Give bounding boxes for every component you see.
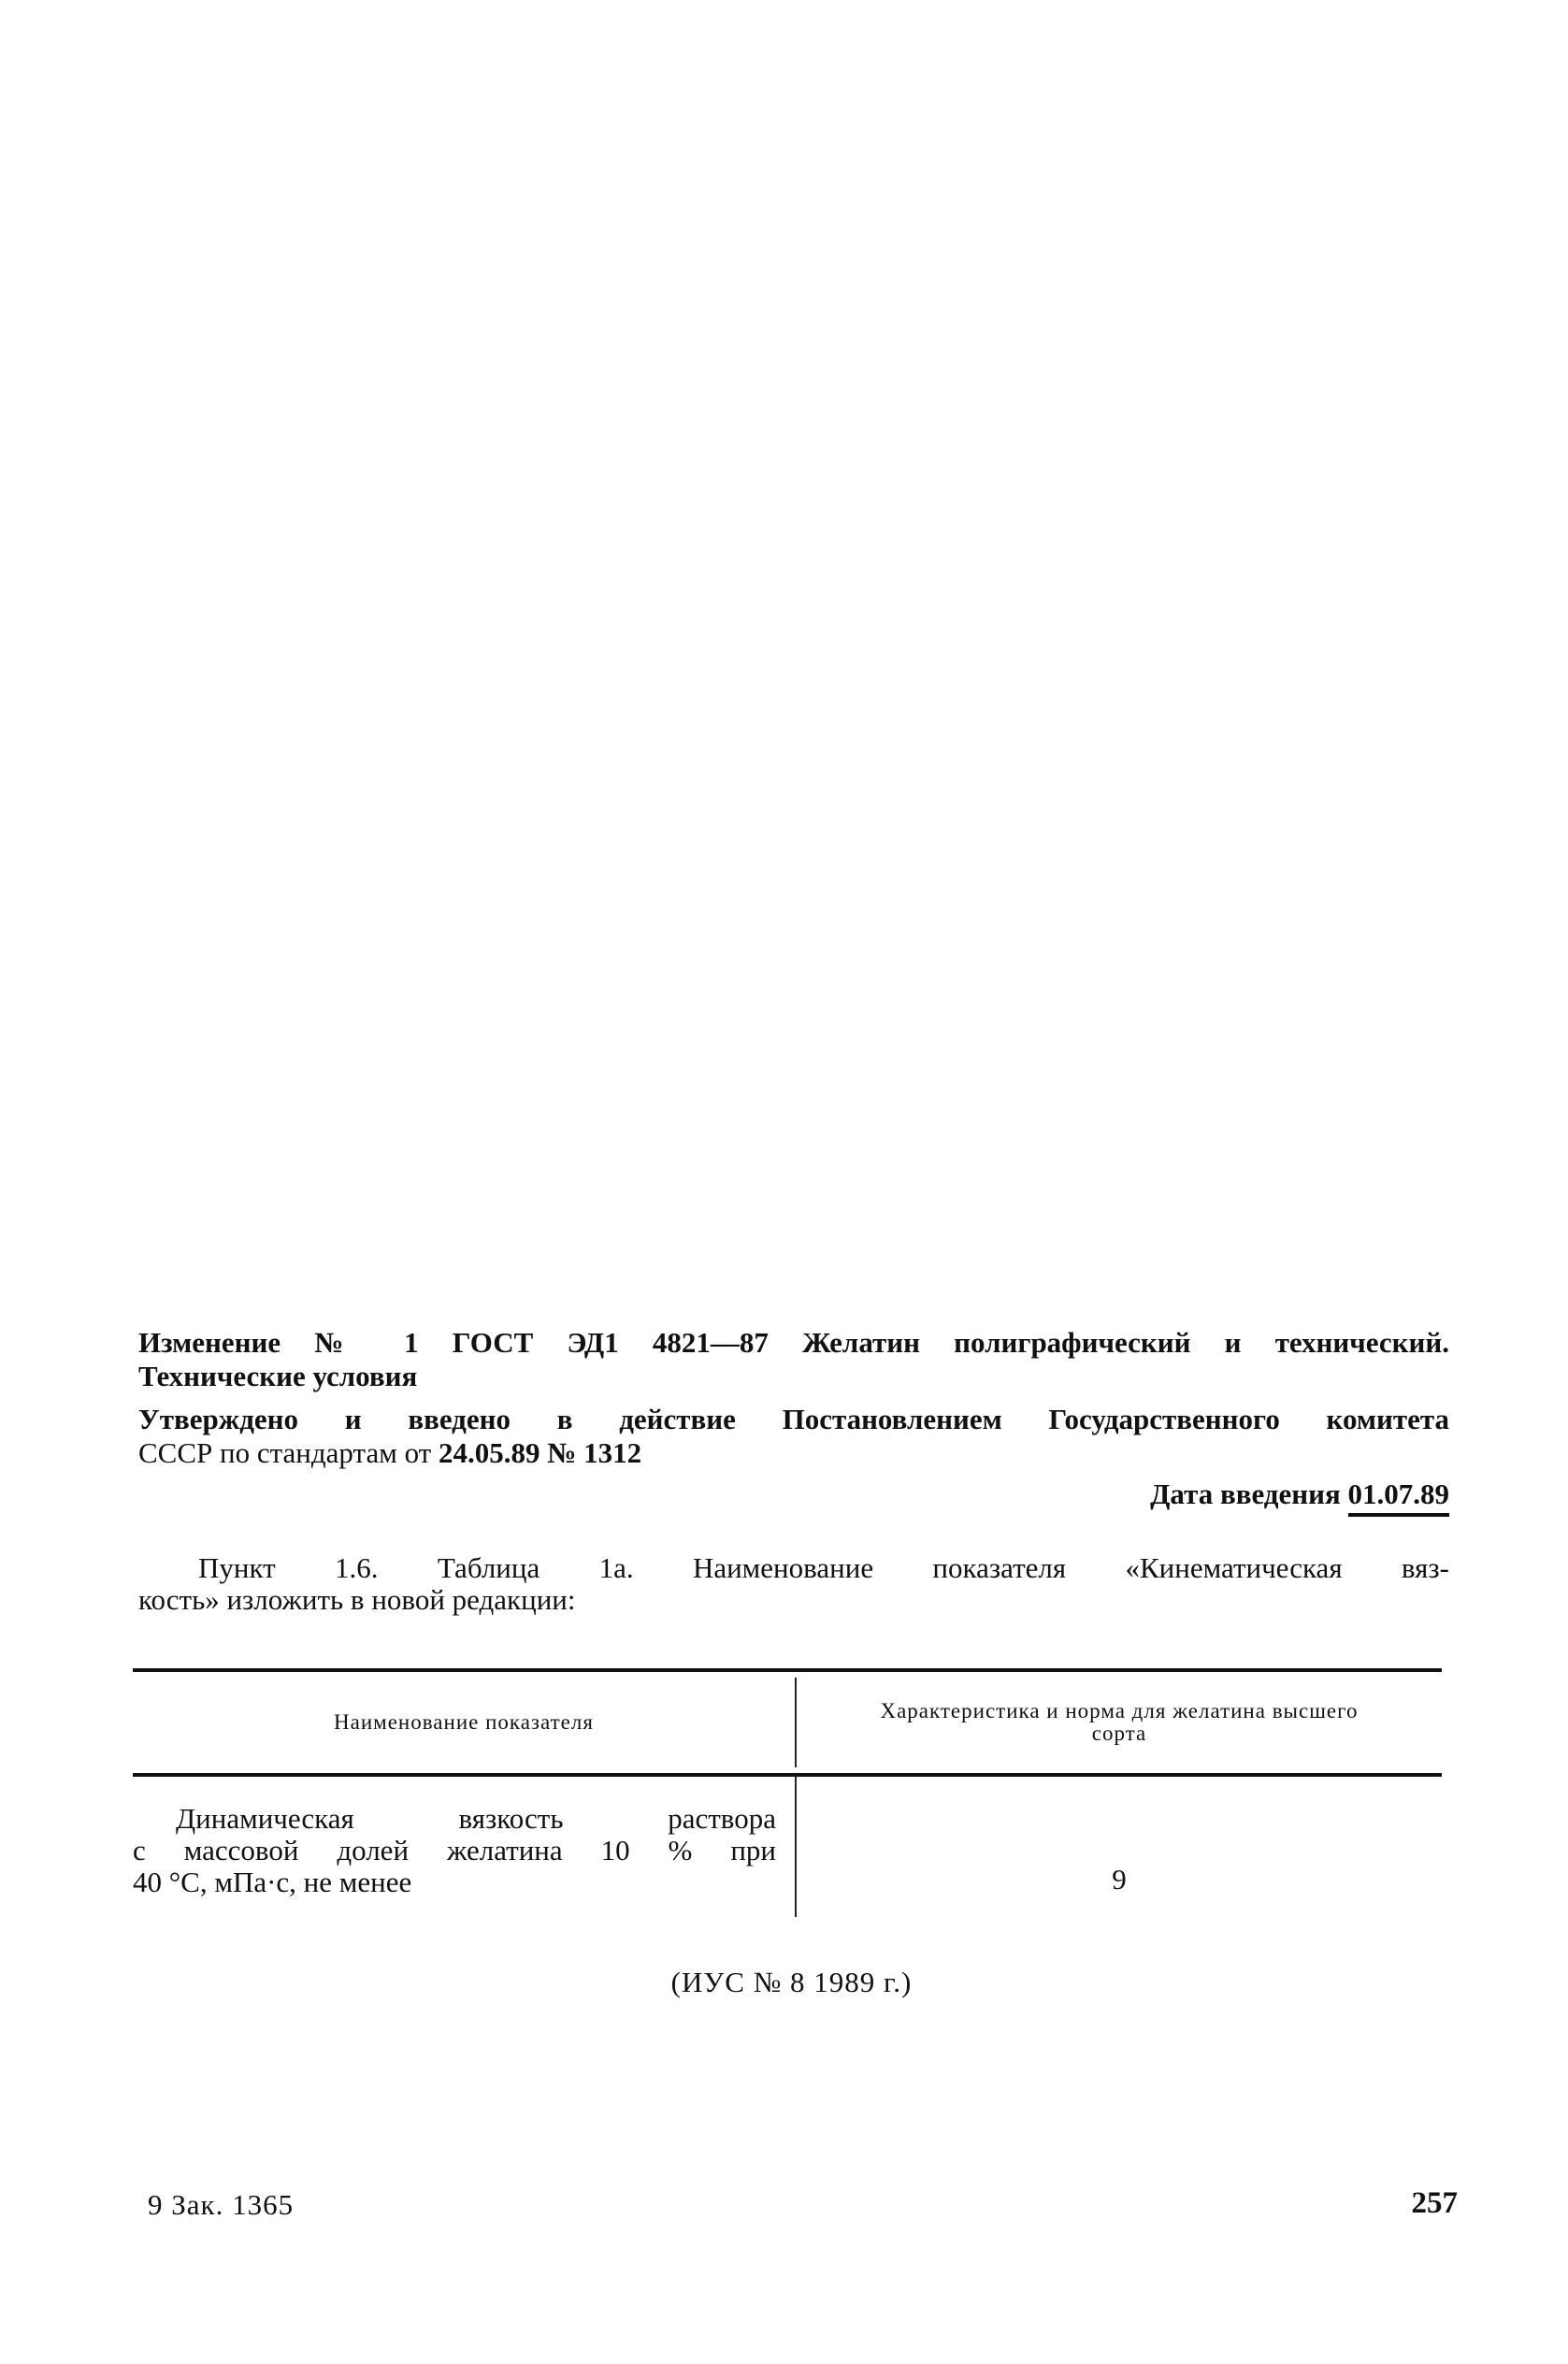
table-header: Наименование показателя Характеристика и… <box>133 1672 1442 1773</box>
cell-value: 9 <box>797 1777 1442 1917</box>
approval-line1: Утверждено и введено в действие Постанов… <box>138 1403 1449 1436</box>
amendment-title-line1: Изменение № 1 ГОСТ ЭД1 4821—87 Желатин п… <box>138 1326 1449 1360</box>
cell-indicator-line3: 40 °С, мПа·с, не менее <box>133 1867 776 1898</box>
indicator-table: Наименование показателя Характеристика и… <box>133 1668 1442 1917</box>
amendment-title: Изменение № 1 ГОСТ ЭД1 4821—87 Желатин п… <box>138 1326 1449 1393</box>
source-note: (ИУС № 8 1989 г.) <box>0 1966 1568 1999</box>
approval-decree-number: 24.05.89 № 1312 <box>439 1436 641 1469</box>
page-number: 257 <box>1412 2186 1459 2221</box>
table-row: Динамическая вязкость раствора с массово… <box>133 1777 1442 1917</box>
header-characteristic: Характеристика и норма для желатина высш… <box>797 1672 1442 1773</box>
cell-indicator-line2: с массовой долей желатина 10 % при <box>133 1835 776 1867</box>
paragraph-line2: кость» изложить в новой редакции: <box>138 1584 1449 1616</box>
effective-date-value: 01.07.89 <box>1348 1477 1450 1517</box>
amendment-paragraph: Пункт 1.6. Таблица 1а. Наименование пока… <box>138 1552 1449 1616</box>
header-characteristic-text: Характеристика и норма для желатина высш… <box>857 1700 1381 1745</box>
effective-date: Дата введения 01.07.89 <box>1150 1477 1449 1517</box>
approval-statement: Утверждено и введено в действие Постанов… <box>138 1403 1449 1470</box>
paragraph-line1: Пункт 1.6. Таблица 1а. Наименование пока… <box>138 1552 1449 1584</box>
approval-line2: СССР по стандартам от 24.05.89 № 1312 <box>138 1436 1449 1470</box>
header-indicator-name: Наименование показателя <box>133 1678 797 1767</box>
cell-indicator: Динамическая вязкость раствора с массово… <box>133 1777 797 1917</box>
approval-line2-prefix: СССР по стандартам от <box>138 1436 439 1469</box>
effective-date-label: Дата введения <box>1150 1477 1347 1510</box>
amendment-title-line2: Технические условия <box>138 1360 417 1392</box>
order-note: 9 Зак. 1365 <box>148 2188 294 2222</box>
cell-indicator-line1: Динамическая вязкость раствора <box>133 1803 776 1835</box>
